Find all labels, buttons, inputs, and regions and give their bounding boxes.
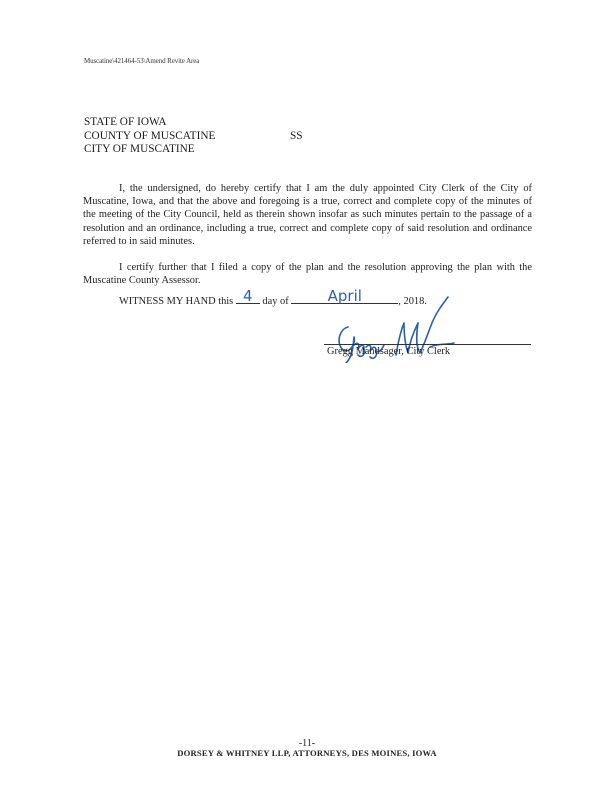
venue-county: COUNTY OF MUSCATINE <box>84 130 215 144</box>
handwritten-day: 4 <box>236 289 260 304</box>
filing-paragraph: I certify further that I filed a copy of… <box>83 261 532 287</box>
venue-state: STATE OF IOWA <box>84 116 215 130</box>
day-blank: 4 <box>236 291 260 304</box>
footer-firm: DORSEY & WHITNEY LLP, ATTORNEYS, DES MOI… <box>0 748 614 758</box>
signature-line <box>324 344 531 345</box>
witness-day-of: day of <box>262 296 288 307</box>
venue-ss: SS <box>290 130 303 142</box>
document-reference: Muscatine\421464-53\Amend Revite Area <box>84 57 199 65</box>
certification-paragraph: I, the undersigned, do hereby certify th… <box>83 182 532 248</box>
venue-city: CITY OF MUSCATINE <box>84 143 215 157</box>
venue-block: STATE OF IOWA COUNTY OF MUSCATINE CITY O… <box>84 116 215 157</box>
witness-prefix: WITNESS MY HAND this <box>119 296 233 307</box>
signer-name: Gregg Mandsager, City Clerk <box>327 346 450 357</box>
